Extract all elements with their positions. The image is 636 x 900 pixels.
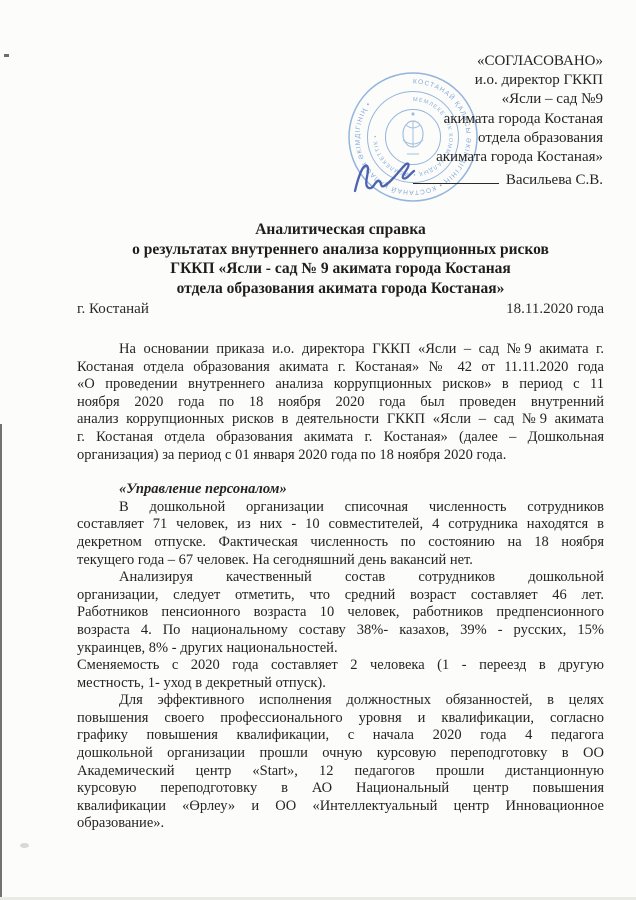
dateline: г. Костанай 18.11.2020 года xyxy=(77,301,604,318)
text-line: дошкольной организации прошли очную курс… xyxy=(77,745,604,763)
dateline-date: 18.11.2020 года xyxy=(506,301,604,318)
text-line: декретном отпуске. Фактическая численнос… xyxy=(77,534,604,552)
text-line: организация) за период с 01 января 2020 … xyxy=(77,447,604,465)
text-line: квалификации «Өрлеу» и ОО «Интеллектуаль… xyxy=(77,798,604,816)
text-line: Для эффективного исполнения должностных … xyxy=(77,692,604,710)
approval-line: отдела образования xyxy=(283,129,603,148)
signature-ink xyxy=(350,158,430,200)
document-title-line: Аналитическая справка xyxy=(77,220,604,240)
signature-name: Васильева С.В. xyxy=(506,172,603,188)
text-line: организации, следует отметить, что средн… xyxy=(77,587,604,605)
text-line: ноября 2020 года по 18 ноября 2020 года … xyxy=(77,394,604,412)
scan-speck xyxy=(4,54,9,57)
text-line: Академический центр «Start», 12 педагого… xyxy=(77,763,604,781)
text-line: «О проведении внутреннего анализа корруп… xyxy=(77,376,604,394)
text-line: текущего года – 67 человек. На сегодняшн… xyxy=(77,552,604,570)
text-line: Сменяемость с 2020 года составляет 2 чел… xyxy=(77,657,604,675)
text-line: возраста 4. По национальному составу 38%… xyxy=(77,622,604,640)
text-line: графику повышения квалификации, с начала… xyxy=(77,727,604,745)
text-line: украинцев, 8% - других национальностей. xyxy=(77,640,604,658)
approval-line: «Ясли – сад №9 xyxy=(283,90,603,109)
text-line: Анализируя качественный состав сотрудник… xyxy=(77,569,604,587)
text-line: «Управление персоналом» xyxy=(77,481,604,499)
document-title-line: ГККП «Ясли - сад № 9 акимата города Кост… xyxy=(77,259,604,279)
signature-row: Васильева С.В. xyxy=(283,169,603,191)
scanned-document-page: КОСТАНАЙ ҚАЛАСЫ ӘКІМДІГІНІҢ • КОСТАНАЙ Қ… xyxy=(0,0,636,900)
text-line: Костаная отдела образования акимата г. К… xyxy=(77,359,604,377)
text-line: местность, 1- уход в декретный отпуск). xyxy=(77,675,604,693)
document-title-line: отдела образования акимата города Костан… xyxy=(77,279,604,299)
approval-line: акимата города Костаная» xyxy=(283,148,603,167)
text-line: На основании приказа и.о. директора ГККП… xyxy=(77,341,604,359)
approval-line: «СОГЛАСОВАНО» xyxy=(283,52,603,71)
dateline-place: г. Костанай xyxy=(77,301,149,318)
document-title-line: о результатах внутреннего анализа корруп… xyxy=(77,240,604,260)
approval-line: и.о. директор ГККП xyxy=(283,71,603,90)
text-line: составляет 71 человек, из них - 10 совме… xyxy=(77,516,604,534)
text-line: анализ коррупционных рисков в деятельнос… xyxy=(77,411,604,429)
scan-speck xyxy=(20,843,29,848)
document-body: На основании приказа и.о. директора ГККП… xyxy=(77,341,604,833)
text-line: Работников пенсионного возраста 10 челов… xyxy=(77,604,604,622)
scan-edge-artifact xyxy=(0,424,2,900)
approval-block: «СОГЛАСОВАНО» и.о. директор ГККП «Ясли –… xyxy=(283,52,603,191)
text-line: курсовую переподготовку в АО Национальны… xyxy=(77,780,604,798)
approval-line: акимата города Костаная xyxy=(283,110,603,129)
text-line: образование». xyxy=(77,815,604,833)
text-line: В дошкольной организации списочная числе… xyxy=(77,499,604,517)
text-line: г. Костаная отдела образования акимата г… xyxy=(77,429,604,447)
document-title: Аналитическая справка о результатах внут… xyxy=(77,220,604,298)
text-line: повышения своего профессионального уровн… xyxy=(77,710,604,728)
